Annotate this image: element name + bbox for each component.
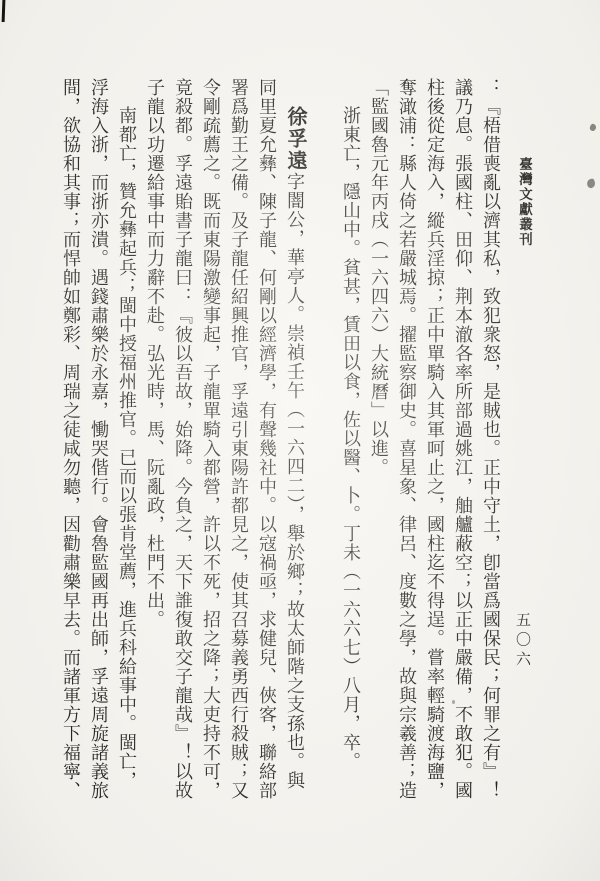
text-column: 浙東亡，隱山中。貧甚，賃田以食，佐以醫、卜。丁未（一六六七）八月，卒。 [337, 78, 365, 806]
page-number: 五〇六 [512, 612, 533, 671]
text-column: 浮海入浙，而浙亦潰。遇錢肅樂於永嘉，慟哭偕行。會魯監國再出師，孚遠周旋諸義旅 [85, 78, 113, 806]
text-column: 議乃息。張國柱、田仰、荆本澈各率所部過姚江，舳艫蔽空；以正中嚴備，不敢犯。國 [449, 78, 477, 806]
text-column: 子龍以功遷給事中而力辭不赴。弘光時，馬、阮亂政，杜門不出。 [141, 78, 169, 806]
entry-name: 徐孚遠 [284, 106, 306, 172]
text-column: 徐孚遠字闇公，華亭人。崇禎壬午（一六四二），舉於鄉；故太師階之支孫也。與 [281, 78, 309, 806]
scan-edge-mark [2, 0, 6, 22]
text-column: 柱後從定海入，縱兵淫掠；正中單騎入其軍呵止之，國柱迄不得逞。嘗率輕騎渡海鹽， [421, 78, 449, 806]
text-block: ：『梧借喪亂以濟其私，致犯衆怒，是賊也。正中守土，卽當爲國保民；何罪之有』！議乃… [57, 78, 505, 806]
text-column: 署爲勤王之備。及子龍任紹興推官，孚遠引東陽許都見之，使其召募義勇西行殺賊；又 [225, 78, 253, 806]
text-column: 令剛疏薦之。既而東陽激變事起，子龍單騎入都營，許以不死，招之降；大吏持不可， [197, 78, 225, 806]
text-column: 同里夏允彝、陳子龍、何剛以經濟學，有聲幾社中。以寇禍亟，求健兒、俠客，聯絡部 [253, 78, 281, 806]
text-column: 間，欲協和其事；而悍帥如鄭彩、周瑞之徒咸勿聽，因勸肅樂早去。而諸軍方下福寧、 [57, 78, 85, 806]
series-title: 臺灣文獻叢刊 [514, 157, 534, 247]
book-page: 臺灣文獻叢刊 五〇六 ：『梧借喪亂以濟其私，致犯衆怒，是賊也。正中守土，卽當爲國… [0, 0, 600, 881]
column-gap [309, 78, 337, 806]
text-column: 「監國魯元年丙戌（一六四六）大統曆」以進。 [365, 78, 393, 806]
text-column: 南都亡，贊允彝起兵；閩中授福州推官。已而以張肯堂薦，進兵科給事中。閩亡， [113, 78, 141, 806]
text-column: ：『梧借喪亂以濟其私，致犯衆怒，是賊也。正中守土，卽當爲國保民；何罪之有』！ [477, 78, 505, 806]
scan-speck [589, 123, 597, 132]
scan-speck [586, 178, 596, 189]
text-column: 奪澉浦：縣人倚之若嚴城焉。擢監察御史。喜星象、律呂、度數之學，故與宗羲善；造 [393, 78, 421, 806]
text-column: 竟殺都。孚遠貽書子龍曰：『彼以吾故，始降。今負之，天下誰復敢交子龍哉』！以故 [169, 78, 197, 806]
